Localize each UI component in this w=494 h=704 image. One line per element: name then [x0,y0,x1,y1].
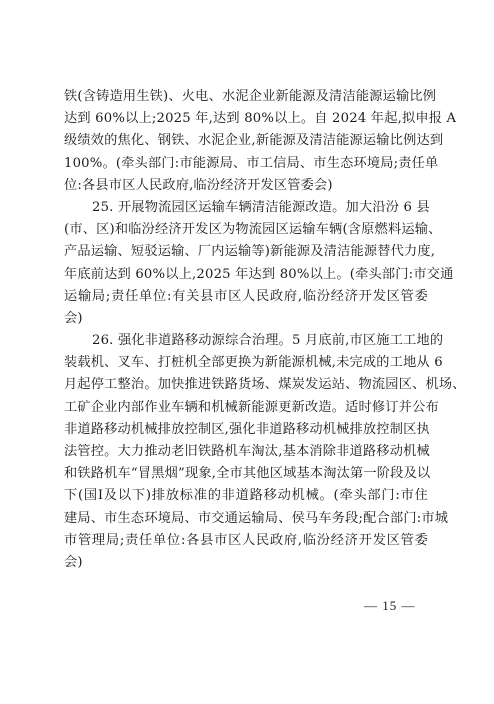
text-line: 和铁路机车“冒黑烟”现象,全市其他区域基本淘汰第一阶段及以 [64,463,428,485]
text-line: 建局、市生态环境局、市交通运输局、侯马车务段;配合部门:市城 [64,508,428,530]
text-line: 达到 60%以上;2025 年,达到 80%以上。自 2024 年起,拟申报 A [64,108,428,130]
document-page: 铁(含铸造用生铁)、火电、水泥企业新能源及清洁能源运输比例 达到 60%以上;2… [64,86,428,574]
text-line: 100%。(牵头部门:市能源局、市工信局、市生态环境局;责任单 [64,153,428,175]
text-line: 铁(含铸造用生铁)、火电、水泥企业新能源及清洁能源运输比例 [64,86,428,108]
text-line: 月起停工整治。加快推进铁路货场、煤炭发运站、物流园区、机场、 [64,374,428,396]
text-line: 会) [64,552,428,574]
text-line: 法管控。大力推动老旧铁路机车淘汰,基本消除非道路移动机械 [64,441,428,463]
text-line: 非道路移动机械排放控制区,强化非道路移动机械排放控制区执 [64,419,428,441]
text-line: 装载机、叉车、打桩机全部更换为新能源机械,未完成的工地从 6 [64,352,428,374]
text-line: 级绩效的焦化、钢铁、水泥企业,新能源及清洁能源运输比例达到 [64,130,428,152]
text-line: 会) [64,308,428,330]
text-line: 工矿企业内部作业车辆和机械新能源更新改造。适时修订并公布 [64,397,428,419]
text-line: 下(国Ⅰ及以下)排放标准的非道路移动机械。(牵头部门:市住 [64,485,428,507]
text-line: 产品运输、短驳运输、厂内运输等)新能源及清洁能源替代力度, [64,241,428,263]
text-line: 位:各县市区人民政府,临汾经济开发区管委会) [64,175,428,197]
text-line: (市、区)和临汾经济开发区为物流园区运输车辆(含原燃料运输、 [64,219,428,241]
section-heading-26: 26. 强化非道路移动源综合治理。5 月底前,市区施工工地的 [64,330,428,352]
section-heading-25: 25. 开展物流园区运输车辆清洁能源改造。加大沿汾 6 县 [64,197,428,219]
text-line: 运输局;责任单位:有关县市区人民政府,临汾经济开发区管委 [64,286,428,308]
text-line: 年底前达到 60%以上,2025 年达到 80%以上。(牵头部门:市交通 [64,264,428,286]
text-line: 市管理局;责任单位:各县市区人民政府,临汾经济开发区管委 [64,530,428,552]
page-number: — 15 — [364,598,416,614]
